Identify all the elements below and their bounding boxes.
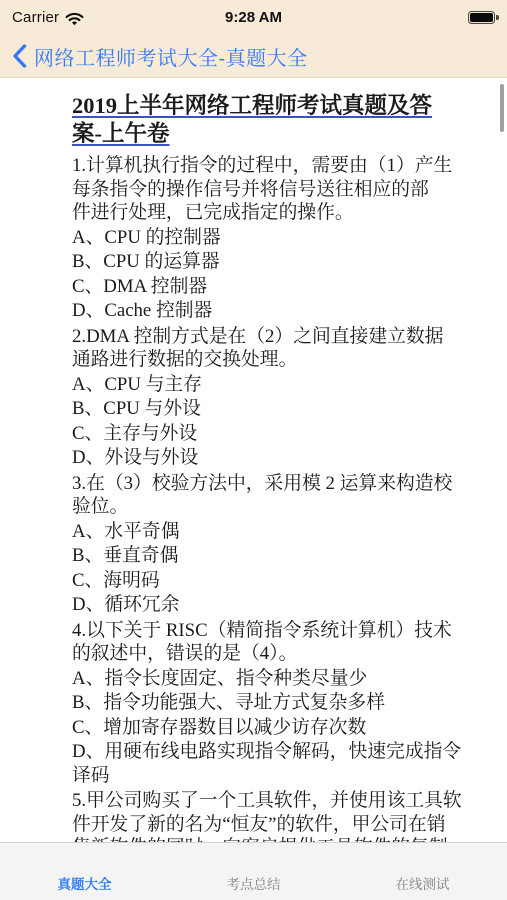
question-option: A、CPU 的控制器 (72, 226, 469, 250)
document-scroll-area[interactable]: 2019上半年网络工程师考试真题及答 案-上午卷 1.计算机执行指令的过程中，需… (0, 79, 507, 842)
question-option: A、指令长度固定、指令种类尽量少 (72, 667, 469, 691)
tab-bar: 真题大全考点总结在线测试 (0, 842, 507, 900)
tab-real-exams[interactable]: 真题大全 (0, 873, 169, 900)
nav-bar: 网络工程师考试大全-真题大全 (0, 35, 507, 78)
question-option: B、垂直奇偶 (72, 544, 469, 568)
document-page: 2019上半年网络工程师考试真题及答 案-上午卷 1.计算机执行指令的过程中，需… (0, 79, 507, 842)
carrier-label: Carrier (12, 9, 59, 26)
question-text: 4.以下关于 RISC（精简指令系统计算机）技术 的叙述中，错误的是（4）。 (72, 619, 469, 666)
question-option: D、外设与外设 (72, 446, 469, 470)
status-bar: Carrier 9:28 AM (0, 0, 507, 35)
question-text: 3.在（3）校验方法中，采用模 2 运算来构造校 验位。 (72, 472, 469, 519)
tab-online-test[interactable]: 在线测试 (338, 873, 507, 900)
question-option: D、用硬布线电路实现指令解码，快速完成指令 译码 (72, 740, 469, 787)
question-text: 1.计算机执行指令的过程中，需要由（1）产生 每条指令的操作信号并将信号送往相应… (72, 154, 469, 225)
nav-back-label: 网络工程师考试大全-真题大全 (34, 42, 308, 71)
app-screen: Carrier 9:28 AM 网络工程师考试大全-真题大全 2019上半年 (0, 0, 507, 900)
tab-key-points[interactable]: 考点总结 (169, 873, 338, 900)
status-left: Carrier (12, 9, 172, 26)
question-option: C、DMA 控制器 (72, 275, 469, 299)
question-text: 5.甲公司购买了一个工具软件，并使用该工具软 件开发了新的名为“恒友”的软件，甲… (72, 789, 469, 842)
status-right (335, 11, 495, 24)
document-body: 1.计算机执行指令的过程中，需要由（1）产生 每条指令的操作信号并将信号送往相应… (72, 154, 469, 842)
question-option: C、海明码 (72, 569, 469, 593)
wifi-icon (65, 12, 84, 26)
battery-tip (496, 15, 499, 20)
question-option: D、Cache 控制器 (72, 299, 469, 323)
battery-icon (468, 11, 495, 24)
scrollbar-thumb[interactable] (500, 84, 505, 132)
question-option: C、主存与外设 (72, 422, 469, 446)
question-option: B、CPU 与外设 (72, 397, 469, 421)
chevron-left-icon (12, 44, 27, 68)
question-option: A、水平奇偶 (72, 520, 469, 544)
question-option: A、CPU 与主存 (72, 373, 469, 397)
question-text: 2.DMA 控制方式是在（2）之间直接建立数据 通路进行数据的交换处理。 (72, 325, 469, 372)
question-option: B、CPU 的运算器 (72, 250, 469, 274)
question-option: D、循环冗余 (72, 593, 469, 617)
question-option: C、增加寄存器数目以减少访存次数 (72, 716, 469, 740)
nav-back-button[interactable]: 网络工程师考试大全-真题大全 (0, 42, 308, 71)
battery-fill (470, 13, 493, 22)
question-option: B、指令功能强大、寻址方式复杂多样 (72, 691, 469, 715)
document-title: 2019上半年网络工程师考试真题及答 案-上午卷 (72, 92, 442, 148)
